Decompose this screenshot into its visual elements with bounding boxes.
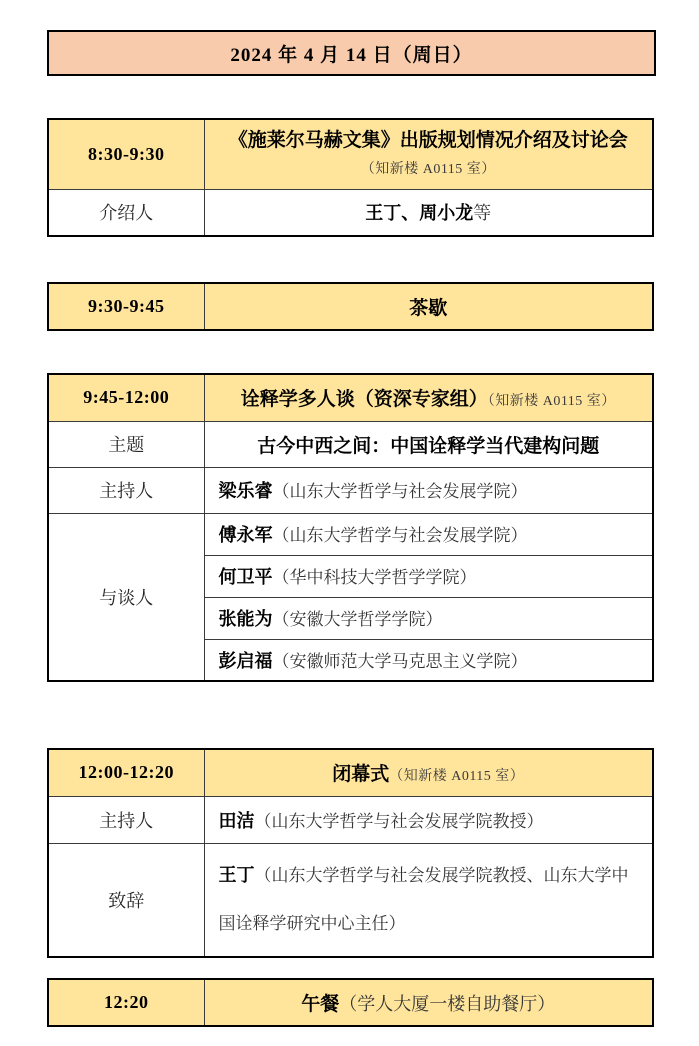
session3-host-name: 梁乐睿 (219, 481, 273, 501)
session1-presenter-names: 王丁、周小龙 (365, 203, 473, 223)
panelist-row: 张能为（安徽大学哲学学院） (204, 597, 653, 639)
session3-location: （知新楼 A0115 室） (488, 394, 616, 409)
panelist-row: 何卫平（华中科技大学哲学学院） (204, 555, 653, 597)
session4-title: 闭幕式 (332, 764, 389, 785)
session2-title: 茶歇 (409, 298, 447, 319)
session3-time: 9:45-12:00 (48, 374, 204, 421)
session3-topic: 古今中西之间：中国诠释学当代建构问题 (257, 436, 599, 457)
session1-presenter-cell: 王丁、周小龙等 (204, 189, 653, 236)
panelist-name: 何卫平 (219, 567, 273, 587)
session4-host-name: 田洁 (219, 811, 255, 831)
panelist-row: 傅永军（山东大学哲学与社会发展学院） (204, 513, 653, 555)
panelist-affiliation: （华中科技大学哲学学院） (273, 568, 477, 587)
session4-host-affiliation: （山东大学哲学与社会发展学院教授） (255, 812, 544, 831)
session4-header-cell: 闭幕式（知新楼 A0115 室） (204, 749, 653, 796)
session4-table: 12:00-12:20 闭幕式（知新楼 A0115 室） 主持人 田洁（山东大学… (47, 748, 654, 958)
panelist-name: 彭启福 (219, 651, 273, 671)
session5-location: （学人大厦一楼自助餐厅） (339, 994, 555, 1014)
session1-presenter-label: 介绍人 (48, 189, 204, 236)
session2-cell: 茶歇 (204, 283, 653, 330)
session3-topic-label: 主题 (48, 421, 204, 467)
session4-speech-label: 致辞 (48, 843, 204, 957)
session4-speech-affiliation: （山东大学哲学与社会发展学院教授、山东大学中国诠释学研究中心主任） (219, 866, 629, 933)
date-banner: 2024 年 4 月 14 日（周日） (47, 30, 656, 76)
session3-topic-cell: 古今中西之间：中国诠释学当代建构问题 (204, 421, 653, 467)
session5-table: 12:20 午餐（学人大厦一楼自助餐厅） (47, 978, 654, 1027)
schedule-page: 2024 年 4 月 14 日（周日） 8:30-9:30 《施莱尔马赫文集》出… (0, 0, 699, 1046)
session4-host-label: 主持人 (48, 796, 204, 843)
session4-speech-name: 王丁 (219, 865, 255, 885)
panelist-name: 张能为 (219, 609, 273, 629)
session1-time: 8:30-9:30 (48, 119, 204, 189)
session3-table: 9:45-12:00 诠释学多人谈（资深专家组）（知新楼 A0115 室） 主题… (47, 373, 654, 682)
session2-time: 9:30-9:45 (48, 283, 204, 330)
panelist-affiliation: （安徽大学哲学学院） (273, 610, 443, 629)
session3-host-cell: 梁乐睿（山东大学哲学与社会发展学院） (204, 467, 653, 513)
session4-time: 12:00-12:20 (48, 749, 204, 796)
panelist-affiliation: （山东大学哲学与社会发展学院） (273, 526, 528, 545)
session2-table: 9:30-9:45 茶歇 (47, 282, 654, 331)
session1-header-cell: 《施莱尔马赫文集》出版规划情况介绍及讨论会 （知新楼 A0115 室） (204, 119, 653, 189)
panelist-name: 傅永军 (219, 525, 273, 545)
session1-location: （知新楼 A0115 室） (205, 157, 653, 187)
session3-host-label: 主持人 (48, 467, 204, 513)
session3-header-cell: 诠释学多人谈（资深专家组）（知新楼 A0115 室） (204, 374, 653, 421)
panelist-affiliation: （安徽师范大学马克思主义学院） (273, 652, 528, 671)
session4-location: （知新楼 A0115 室） (389, 769, 524, 784)
session1-title: 《施莱尔马赫文集》出版规划情况介绍及讨论会 (205, 121, 653, 157)
date-banner-text: 2024 年 4 月 14 日（周日） (230, 40, 472, 67)
session4-speech-cell: 王丁（山东大学哲学与社会发展学院教授、山东大学中国诠释学研究中心主任） (204, 843, 653, 957)
session3-title: 诠释学多人谈（资深专家组） (241, 389, 488, 410)
session1-presenter-suffix: 等 (473, 203, 491, 223)
session5-title: 午餐 (301, 994, 339, 1015)
session4-host-cell: 田洁（山东大学哲学与社会发展学院教授） (204, 796, 653, 843)
panelist-row: 彭启福（安徽师范大学马克思主义学院） (204, 639, 653, 681)
session1-table: 8:30-9:30 《施莱尔马赫文集》出版规划情况介绍及讨论会 （知新楼 A01… (47, 118, 654, 237)
session5-time: 12:20 (48, 979, 204, 1026)
session3-host-affiliation: （山东大学哲学与社会发展学院） (273, 482, 528, 501)
session5-cell: 午餐（学人大厦一楼自助餐厅） (204, 979, 653, 1026)
session3-panel-label: 与谈人 (48, 513, 204, 681)
